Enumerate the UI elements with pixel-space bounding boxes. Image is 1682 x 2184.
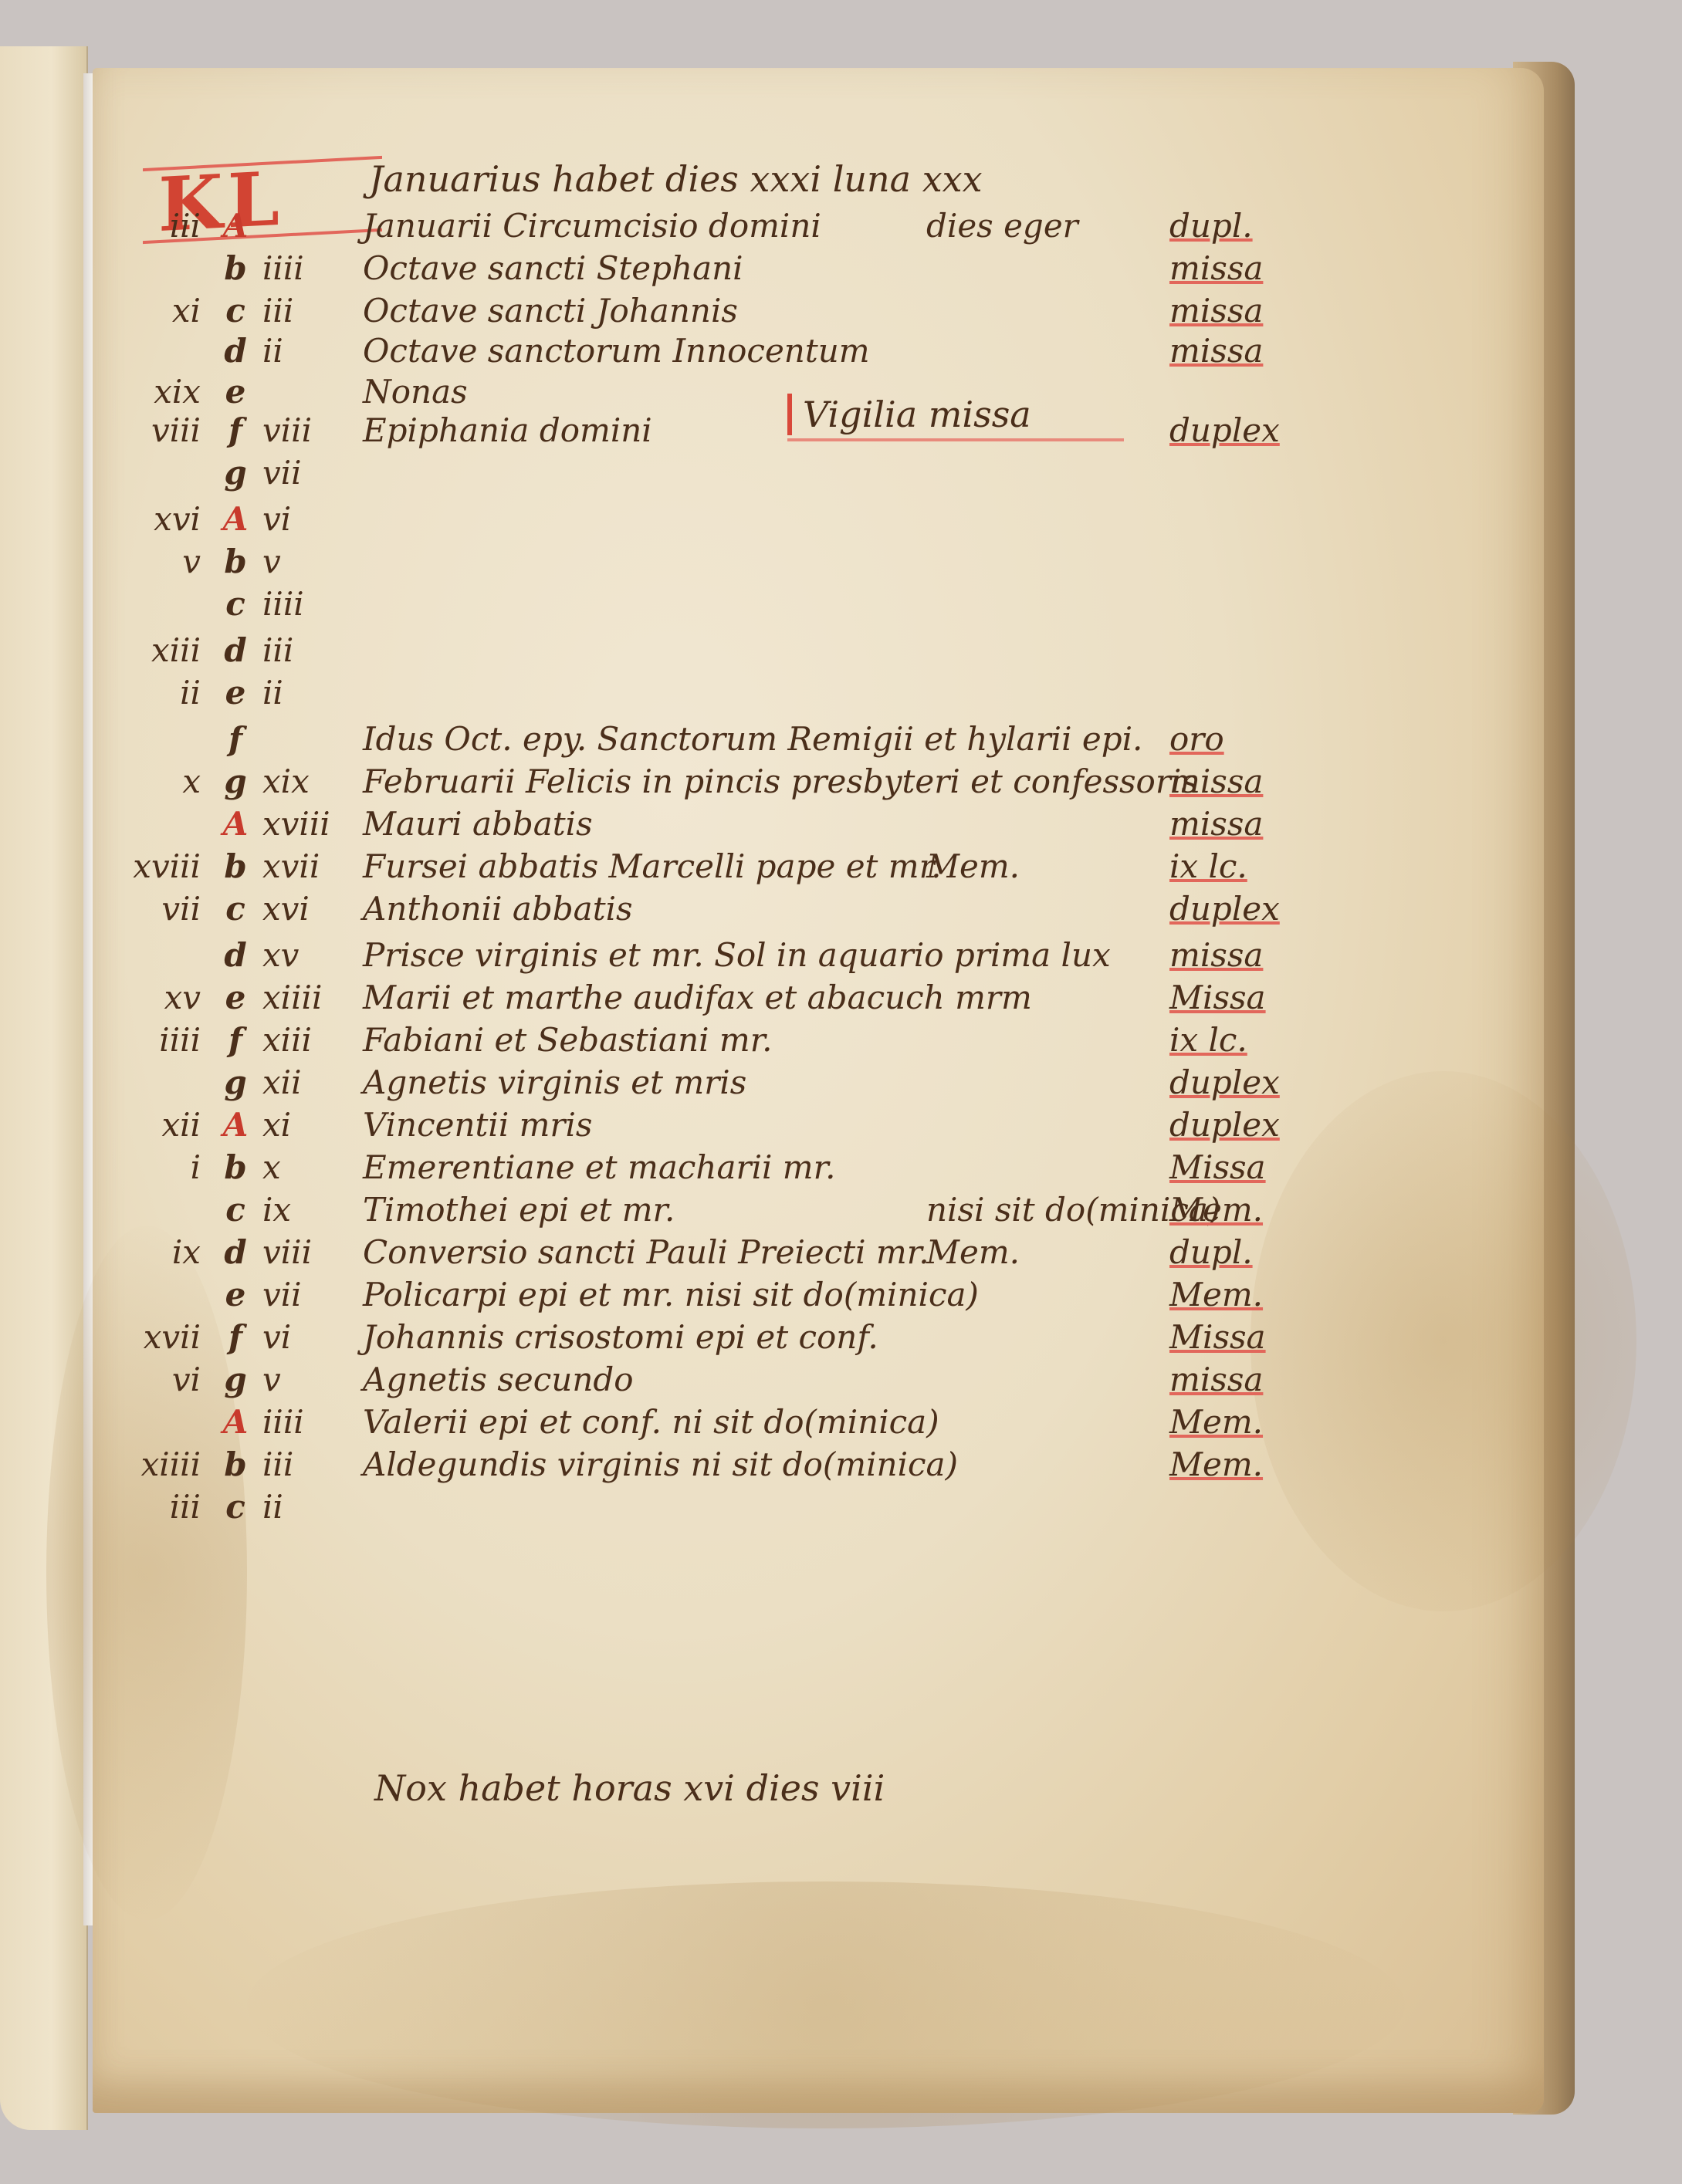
dominical-letter: A <box>216 1104 255 1147</box>
dominical-letter: c <box>216 289 255 333</box>
dominical-letter: f <box>216 409 255 452</box>
feast-name: Marii et marthe audifax et abacuch mrm <box>363 976 1251 1019</box>
golden-number: vii <box>116 887 201 931</box>
dominical-letter: f <box>216 1019 255 1062</box>
calendar-row: fIdus Oct. epy. Sanctorum Remigii et hyl… <box>116 718 1351 761</box>
roman-day-count: xvii <box>262 845 340 888</box>
dominical-letter: g <box>216 451 255 495</box>
dominical-letter: g <box>216 760 255 803</box>
golden-number: xviii <box>116 845 201 888</box>
feast-rank: duplex <box>1169 1104 1324 1147</box>
feast-rank-text: oro <box>1169 720 1224 758</box>
feast-rank: dupl. <box>1169 205 1324 248</box>
dominical-letter: A <box>216 1401 255 1444</box>
roman-day-count: ii <box>262 330 340 373</box>
feast-rank-text: duplex <box>1169 1063 1280 1101</box>
calendar-row: gxiiAgnetis virginis et mrisduplex <box>116 1061 1351 1104</box>
feast-rank: Missa <box>1169 976 1324 1019</box>
feast-rank: Mem. <box>1169 1443 1324 1486</box>
roman-day-count: iiii <box>262 247 340 290</box>
dominical-letter: A <box>216 498 255 541</box>
feast-name: Valerii epi et conf. ni sit do(minica) <box>363 1401 1251 1444</box>
feast-name: Octave sancti Johannis <box>363 289 1251 333</box>
bottom-stain <box>247 1881 1405 2128</box>
feast-rank: missa <box>1169 934 1324 977</box>
feast-rank-text: missa <box>1169 805 1263 843</box>
feast-name: Emerentiane et macharii mr. <box>363 1146 1251 1189</box>
feast-rank-text: Mem. <box>1169 1191 1263 1229</box>
golden-number: viii <box>116 409 201 452</box>
roman-day-count: vi <box>262 1316 340 1359</box>
roman-day-count: xviii <box>262 803 340 846</box>
feast-name: Octave sancti Stephani <box>363 247 1251 290</box>
feast-name: Idus Oct. epy. Sanctorum Remigii et hyla… <box>363 718 1251 761</box>
calendar-row: xvexiiiiMarii et marthe audifax et abacu… <box>116 976 1351 1019</box>
golden-number: v <box>116 540 201 583</box>
golden-number: vi <box>116 1358 201 1401</box>
feast-name: Johannis crisostomi epi et conf. <box>363 1316 1251 1359</box>
roman-day-count: viii <box>262 409 340 452</box>
feast-name: Octave sanctorum Innocentum <box>363 330 1251 373</box>
dominical-letter: f <box>216 1316 255 1359</box>
calendar-row: iiiAJanuarii Circumcisio dominidies eger… <box>116 205 1351 248</box>
feast-rank: missa <box>1169 760 1324 803</box>
roman-day-count: xiiii <box>262 976 340 1019</box>
feast-rank-text: Missa <box>1169 1148 1266 1186</box>
feast-rank-text: missa <box>1169 332 1263 370</box>
roman-day-count: xi <box>262 1104 340 1147</box>
feast-rank-text: ix lc. <box>1169 1021 1247 1059</box>
calendar-row: xgxixFebruarii Felicis in pincis presbyt… <box>116 760 1351 803</box>
feast-rank: duplex <box>1169 1061 1324 1104</box>
calendar-row: AxviiiMauri abbatismissa <box>116 803 1351 846</box>
golden-number: xiii <box>116 629 201 672</box>
roman-day-count: xix <box>262 760 340 803</box>
dominical-letter: c <box>216 1188 255 1232</box>
calendar-row: ixdviiiConversio sancti Pauli Preiecti m… <box>116 1231 1351 1274</box>
dominical-letter: c <box>216 1486 255 1529</box>
golden-number: xi <box>116 289 201 333</box>
feast-name: Mauri abbatis <box>363 803 1251 846</box>
golden-number: iii <box>116 205 201 248</box>
calendar-row: viicxviAnthonii abbatisduplex <box>116 887 1351 931</box>
roman-day-count: viii <box>262 1231 340 1274</box>
feast-rank-text: missa <box>1169 936 1263 974</box>
feast-rank-text: Mem. <box>1169 1403 1263 1441</box>
calendar-row: ibxEmerentiane et macharii mr.Missa <box>116 1146 1351 1189</box>
calendar-row: dxvPrisce virginis et mr. Sol in aquario… <box>116 934 1351 977</box>
dominical-letter: e <box>216 671 255 715</box>
feast-name: Aldegundis virginis ni sit do(minica) <box>363 1443 1251 1486</box>
roman-day-count: ii <box>262 671 340 715</box>
feast-rank-text: Missa <box>1169 979 1266 1016</box>
calendar-row: gvii <box>116 451 1351 495</box>
calendar-row: ciiii <box>116 583 1351 626</box>
golden-number: iii <box>116 1486 201 1529</box>
golden-number: xii <box>116 1104 201 1147</box>
feast-rank: Missa <box>1169 1316 1324 1359</box>
dominical-letter: b <box>216 247 255 290</box>
feast-rank: oro <box>1169 718 1324 761</box>
feast-rank: missa <box>1169 247 1324 290</box>
dominical-letter: A <box>216 205 255 248</box>
calendar-row: xviifviJohannis crisostomi epi et conf.M… <box>116 1316 1351 1359</box>
feast-name: Prisce virginis et mr. Sol in aquario pr… <box>363 934 1251 977</box>
feast-rank-text: missa <box>1169 1361 1263 1398</box>
feast-name: Anthonii abbatis <box>363 887 1251 931</box>
roman-day-count: xiii <box>262 1019 340 1062</box>
feast-rank-text: dupl. <box>1169 1233 1253 1271</box>
feast-rank: missa <box>1169 803 1324 846</box>
golden-number: ii <box>116 671 201 715</box>
golden-number: xvi <box>116 498 201 541</box>
roman-day-count: v <box>262 1358 340 1401</box>
feast-name: Vincentii mris <box>363 1104 1251 1147</box>
roman-day-count: vi <box>262 498 340 541</box>
golden-number: ix <box>116 1231 201 1274</box>
feast-rank-text: duplex <box>1169 890 1280 928</box>
feast-rank: Mem. <box>1169 1273 1324 1317</box>
roman-day-count: xv <box>262 934 340 977</box>
calendar-row: vigvAgnetis secundomissa <box>116 1358 1351 1401</box>
calendar-row: AiiiiValerii epi et conf. ni sit do(mini… <box>116 1401 1351 1444</box>
roman-day-count: xvi <box>262 887 340 931</box>
feast-name: Nonas <box>363 370 1251 414</box>
dominical-letter: c <box>216 583 255 626</box>
dominical-letter: f <box>216 718 255 761</box>
calendar-row: xiiidiii <box>116 629 1351 672</box>
feast-name: Epiphania domini <box>363 409 1251 452</box>
roman-day-count: iiii <box>262 583 340 626</box>
feast-rank: Missa <box>1169 1146 1324 1189</box>
calendar-row: xiiiibiiiAldegundis virginis ni sit do(m… <box>116 1443 1351 1486</box>
golden-number: xvii <box>116 1316 201 1359</box>
dominical-letter: e <box>216 976 255 1019</box>
roman-day-count: iiii <box>262 1401 340 1444</box>
feast-rank-text: duplex <box>1169 1106 1280 1144</box>
feast-name: Februarii Felicis in pincis presbyteri e… <box>363 760 1251 803</box>
feast-rank: Mem. <box>1169 1401 1324 1444</box>
roman-day-count: iii <box>262 1443 340 1486</box>
feast-rank: duplex <box>1169 887 1324 931</box>
calendar-row: viiifviiiEpiphania dominiduplex <box>116 409 1351 452</box>
calendar-row: iiiifxiiiFabiani et Sebastiani mr.ix lc. <box>116 1019 1351 1062</box>
roman-day-count: ix <box>262 1188 340 1232</box>
feast-rank: missa <box>1169 289 1324 333</box>
month-heading: Januarius habet dies xxxi luna xxx <box>369 158 983 200</box>
golden-number: xiiii <box>116 1443 201 1486</box>
golden-number: i <box>116 1146 201 1189</box>
roman-day-count: x <box>262 1146 340 1189</box>
feast-rank: missa <box>1169 1358 1324 1401</box>
feast-rank-text: dupl. <box>1169 207 1253 245</box>
feast-rank-text: Mem. <box>1169 1276 1263 1313</box>
feast-rank: missa <box>1169 330 1324 373</box>
feast-rank-text: missa <box>1169 249 1263 287</box>
feast-name: Policarpi epi et mr. nisi sit do(minica) <box>363 1273 1251 1317</box>
feast-rank-text: Mem. <box>1169 1445 1263 1483</box>
dominical-letter: b <box>216 845 255 888</box>
dominical-letter: e <box>216 1273 255 1317</box>
feast-rank: ix lc. <box>1169 1019 1324 1062</box>
feast-rank-text: missa <box>1169 292 1263 330</box>
roman-day-count: iii <box>262 289 340 333</box>
feast-rank: duplex <box>1169 409 1324 452</box>
dominical-letter: A <box>216 803 255 846</box>
calendar-row: iieii <box>116 671 1351 715</box>
calendar-row: xviiibxviiFursei abbatis Marcelli pape e… <box>116 845 1351 888</box>
golden-number: iiii <box>116 1019 201 1062</box>
calendar-row: diiOctave sanctorum Innocentummissa <box>116 330 1351 373</box>
calendar-row: xviAvi <box>116 498 1351 541</box>
feast-rank-text: Missa <box>1169 1318 1266 1356</box>
night-day-hours-note: Nox habet horas xvi dies viii <box>374 1767 885 1809</box>
dominical-letter: d <box>216 1231 255 1274</box>
calendar-row: xiiAxiVincentii mrisduplex <box>116 1104 1351 1147</box>
dominical-letter: b <box>216 1443 255 1486</box>
feast-rank: ix lc. <box>1169 845 1324 888</box>
roman-day-count: v <box>262 540 340 583</box>
dominical-letter: b <box>216 1146 255 1189</box>
roman-day-count: xii <box>262 1061 340 1104</box>
calendar-row: cixTimothei epi et mr.nisi sit do(minica… <box>116 1188 1351 1232</box>
feast-rank: Mem. <box>1169 1188 1324 1232</box>
roman-day-count: iii <box>262 629 340 672</box>
calendar-row: iiicii <box>116 1486 1351 1529</box>
golden-number: xv <box>116 976 201 1019</box>
dominical-letter: b <box>216 540 255 583</box>
feast-name: Agnetis virginis et mris <box>363 1061 1251 1104</box>
dominical-letter: d <box>216 934 255 977</box>
feast-rank-text: duplex <box>1169 411 1280 449</box>
roman-day-count: vii <box>262 451 340 495</box>
calendar-row: vbv <box>116 540 1351 583</box>
feast-rank: dupl. <box>1169 1231 1324 1274</box>
feast-name: Agnetis secundo <box>363 1358 1251 1401</box>
roman-day-count: ii <box>262 1486 340 1529</box>
feast-name: Fabiani et Sebastiani mr. <box>363 1019 1251 1062</box>
feast-rank-text: ix lc. <box>1169 847 1247 885</box>
dominical-letter: g <box>216 1358 255 1401</box>
dominical-letter: d <box>216 629 255 672</box>
calendar-row: eviiPolicarpi epi et mr. nisi sit do(min… <box>116 1273 1351 1317</box>
dominical-letter: g <box>216 1061 255 1104</box>
dominical-letter: e <box>216 370 255 414</box>
dominical-letter: d <box>216 330 255 373</box>
feast-rank-text: missa <box>1169 762 1263 800</box>
dominical-letter: c <box>216 887 255 931</box>
golden-number: x <box>116 760 201 803</box>
calendar-row: xiciiiOctave sancti Johannismissa <box>116 289 1351 333</box>
golden-number: xix <box>116 370 201 414</box>
roman-day-count: vii <box>262 1273 340 1317</box>
calendar-row: biiiiOctave sancti Stephanimissa <box>116 247 1351 290</box>
calendar-row: xixeNonas <box>116 370 1351 414</box>
